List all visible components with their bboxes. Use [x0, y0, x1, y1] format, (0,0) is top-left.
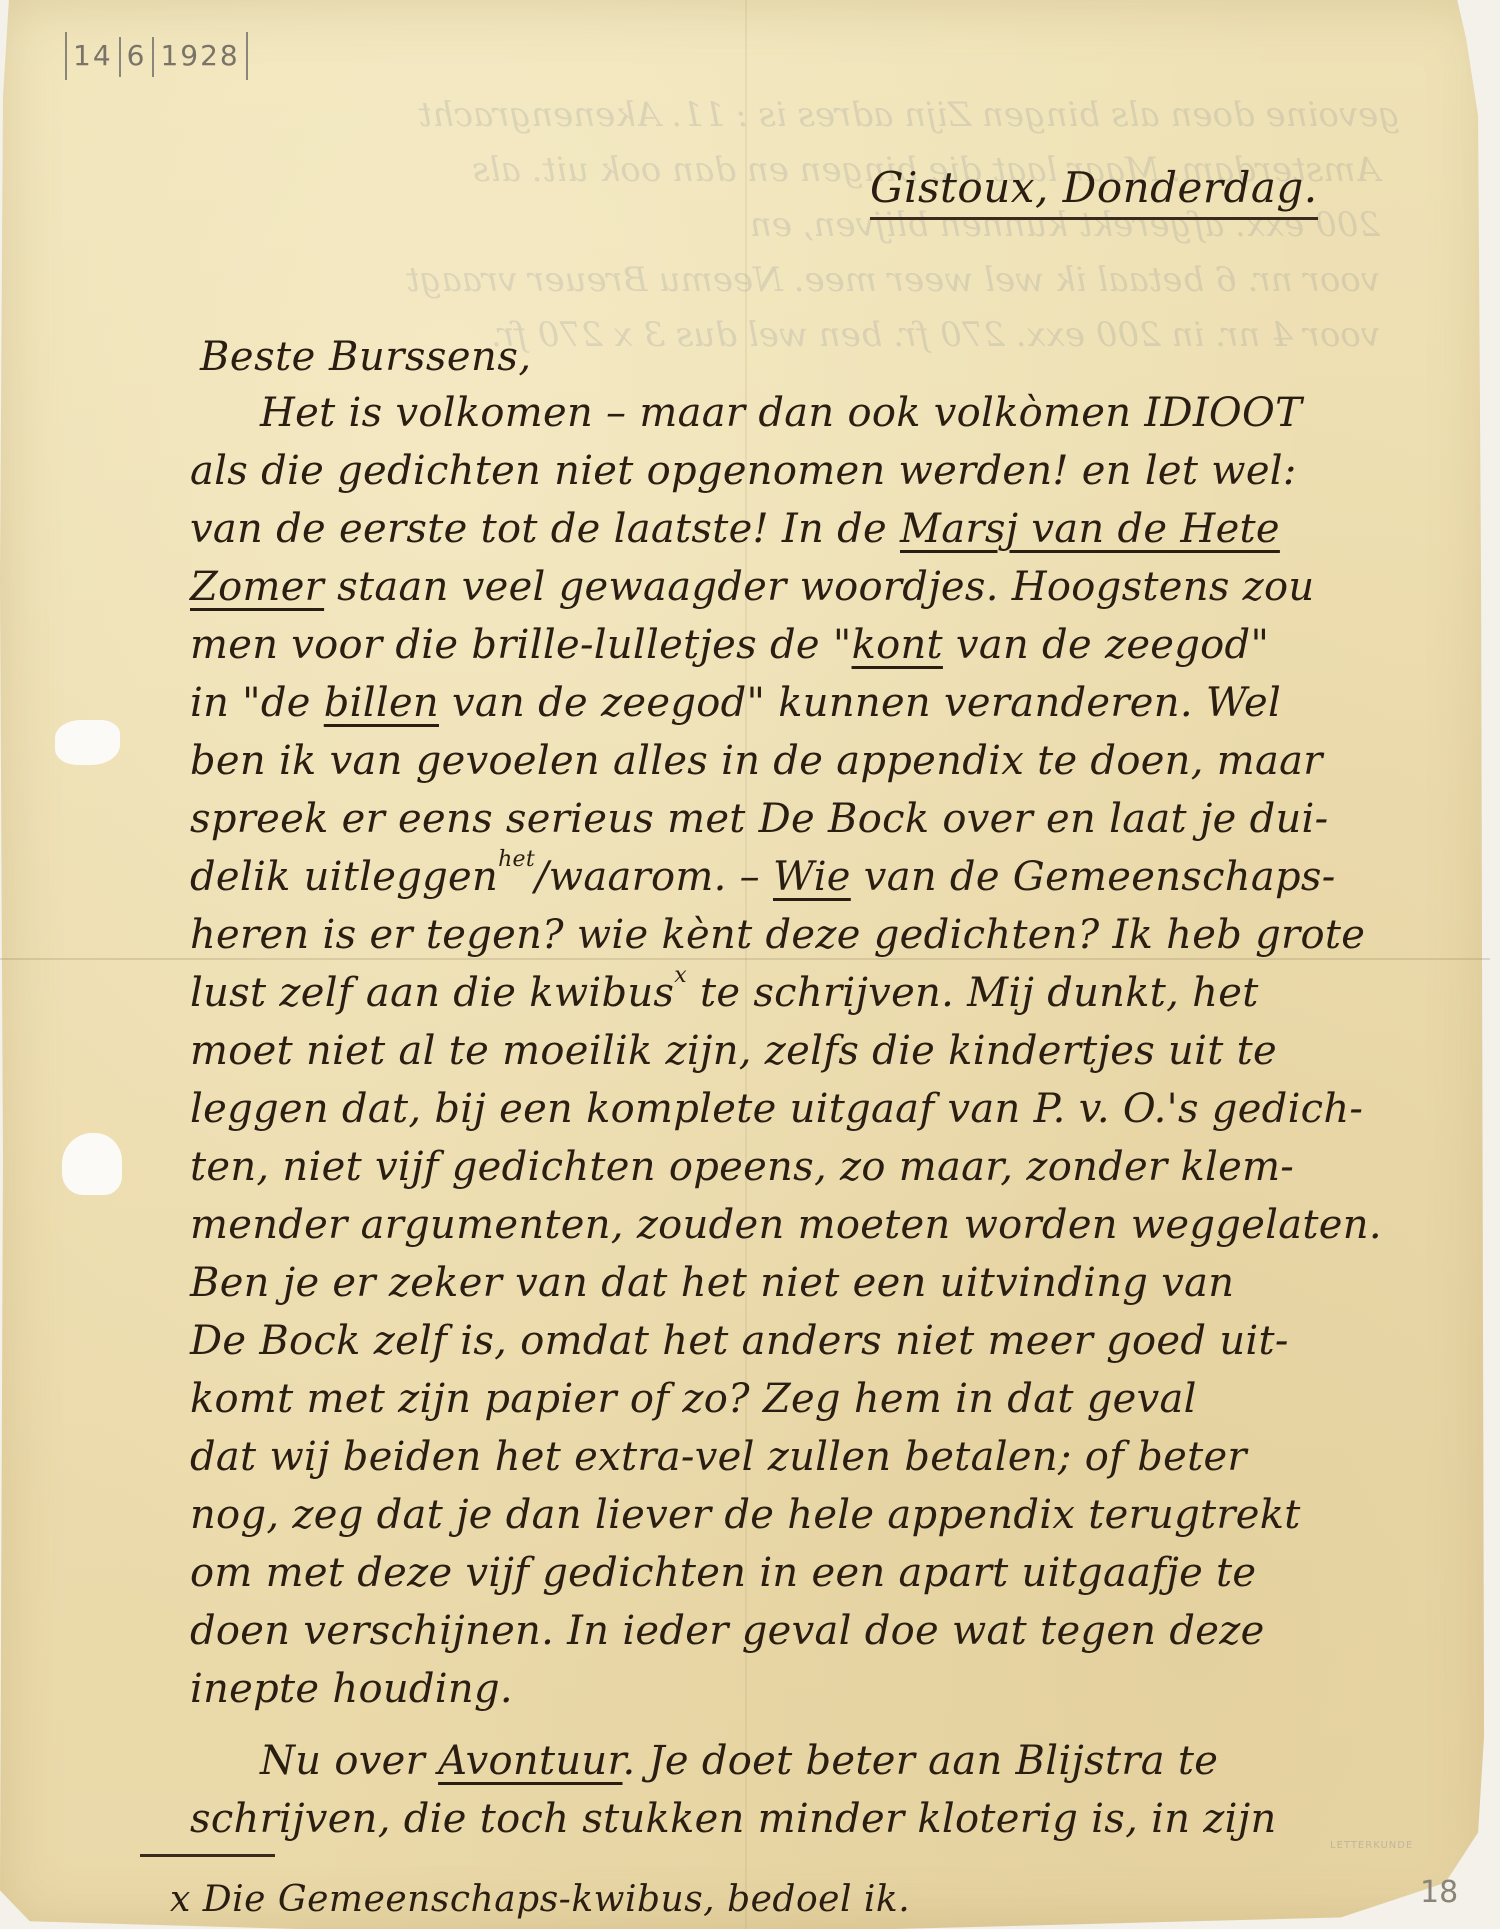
archive-month: 6 — [127, 39, 147, 72]
salutation: Beste Burssens, — [200, 330, 532, 385]
body-line: als die gedichten niet opgenomen werden!… — [190, 448, 1297, 494]
body-line: schrijven, die toch stukken minder klote… — [190, 1796, 1277, 1842]
inserted-word: het — [498, 847, 535, 872]
body-line: Zomer staan veel gewaagder woordjes. Hoo… — [190, 564, 1314, 610]
body-line: dat wij beiden het extra-vel zullen beta… — [190, 1434, 1247, 1480]
body-line: moet niet al te moeilik zijn, zelfs die … — [190, 1028, 1277, 1074]
body-line: nog, zeg dat je dan liever de hele appen… — [190, 1492, 1301, 1538]
body-line: komt met zijn papier of zo? Zeg hem in d… — [190, 1376, 1197, 1422]
underlined-title: Avontuur — [438, 1738, 622, 1784]
paper-tear-hole — [55, 720, 120, 765]
underlined-title: Marsj van de Hete — [900, 506, 1280, 552]
archive-stamp: LETTERKUNDE — [1330, 1840, 1413, 1851]
archive-day: 14 — [73, 39, 113, 72]
body-line: men voor die brille-lulletjes de "kont v… — [190, 622, 1269, 668]
body-line: Nu over Avontuur. Je doet beter aan Blij… — [260, 1738, 1218, 1784]
underlined-word: kont — [852, 622, 943, 668]
body-line: Ben je er zeker van dat het niet een uit… — [190, 1260, 1234, 1306]
underlined-title: Zomer — [190, 564, 324, 610]
body-line: Het is volkomen – maar dan ook volkòmen … — [260, 390, 1302, 436]
body-line: ten, niet vijf gedichten opeens, zo maar… — [190, 1144, 1294, 1190]
body-line: om met deze vijf gedichten in een apart … — [190, 1550, 1256, 1596]
underlined-word: billen — [324, 680, 439, 726]
underlined-word: Wie — [773, 854, 851, 900]
body-line: ben ik van gevoelen alles in de appendix… — [190, 738, 1323, 784]
body-line: van de eerste tot de laatste! In de Mars… — [190, 506, 1280, 552]
archive-date-note: 1461928 — [65, 32, 248, 80]
footnote: x Die Gemeenschaps-kwibus, bedoel ik. — [170, 1872, 910, 1927]
body-line: spreek er eens serieus met De Bock over … — [190, 796, 1328, 842]
footnote-divider — [140, 1854, 275, 1857]
body-line: leggen dat, bij een komplete uitgaaf van… — [190, 1086, 1363, 1132]
body-line: inepte houding. — [190, 1666, 513, 1712]
footnote-mark: x — [674, 963, 687, 988]
body-line: doen verschijnen. In ieder geval doe wat… — [190, 1608, 1265, 1654]
place-and-day: Gistoux, Donderdag. — [870, 160, 1318, 220]
paper-tear-hole — [62, 1133, 122, 1195]
page-number: 18 — [1420, 1875, 1458, 1910]
paper-fold-horizontal — [0, 958, 1490, 960]
body-line: delik uitleggenhet/waarom. – Wie van de … — [190, 854, 1336, 900]
body-line: lust zelf aan die kwibusx te schrijven. … — [190, 970, 1259, 1016]
body-line: De Bock zelf is, omdat het anders niet m… — [190, 1318, 1289, 1364]
body-line: in "de billen van de zeegod" kunnen vera… — [190, 680, 1281, 726]
body-line: mender argumenten, zouden moeten worden … — [190, 1202, 1382, 1248]
body-line: heren is er tegen? wie kènt deze gedicht… — [190, 912, 1365, 958]
archive-year: 1928 — [160, 39, 239, 72]
